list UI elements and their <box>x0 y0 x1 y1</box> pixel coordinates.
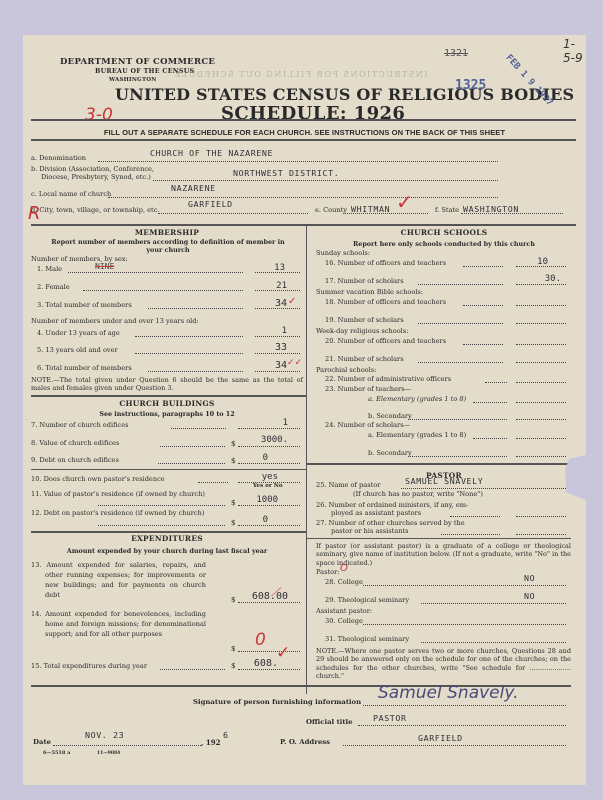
dollar-sign: $ <box>231 645 235 653</box>
q22-label: 22. Number of administrative officers <box>325 375 451 383</box>
local-name-value: NAZARENE <box>171 183 216 193</box>
total-expenditures-value: 608. <box>238 658 278 669</box>
buildings-heading: CHURCH BUILDINGS <box>31 399 303 408</box>
over-13-value: 33 <box>255 342 287 353</box>
dollar-sign: $ <box>231 457 235 465</box>
form-code-2: 11—9084 <box>97 751 120 756</box>
assistant-pastor-label: Assistant pastor: <box>316 607 372 615</box>
membership-heading: MEMBERSHIP <box>31 228 303 237</box>
dollar-sign: $ <box>231 662 235 670</box>
total-expenditures-label: 15. Total expenditures during year <box>31 662 147 670</box>
total-members-age-value: 34 <box>255 360 287 371</box>
bleed-through-text: INSTRUCTIONS FOR FILLING OUT SCHEDULE <box>173 70 427 79</box>
q25-hint: (If church has no pastor, write "None") <box>353 490 483 498</box>
edifices-value-value: 3000. <box>238 435 288 445</box>
q23-label: 23. Number of teachers— <box>325 385 411 393</box>
q19-label: 19. Number of scholars <box>325 316 404 324</box>
form-title: UNITED STATES CENSUS OF RELIGIOUS BODIES <box>115 85 574 104</box>
over-13-label: 5. 13 years old and over <box>37 346 118 354</box>
total-members-age-label: 6. Total number of members <box>37 364 132 372</box>
pastor-subsection-label: Pastor: <box>316 568 339 576</box>
po-address-value: GARFIELD <box>418 733 463 743</box>
owns-residence-value: yes <box>238 472 278 482</box>
q23b-label: b. Secondary <box>368 412 412 420</box>
q23a-label: a. Elementary (grades 1 to 8) <box>368 395 466 403</box>
q25-label: 25. Name of pastor <box>316 481 380 489</box>
state-value: WASHINGTON <box>463 204 519 214</box>
edifices-debt-label: 9. Debt on church edifices <box>31 456 119 464</box>
dollar-sign: $ <box>231 596 235 604</box>
po-address-label: P. O. Address <box>280 738 330 746</box>
local-name-label: c. Local name of church <box>31 190 111 198</box>
census-schedule-sheet: INSTRUCTIONS FOR FILLING OUT SCHEDULE DE… <box>23 35 586 785</box>
q24b-label: b. Secondary <box>368 449 412 457</box>
expenditures-subheading: Amount expended by your church during la… <box>31 547 303 555</box>
pastor-red-mark: O <box>340 563 348 574</box>
q17-label: 17. Number of scholars <box>325 277 404 285</box>
edifices-value-label: 8. Value of church edifices <box>31 439 119 447</box>
residence-debt-label: 12. Debt on pastor's residence (if owned… <box>31 509 226 518</box>
membership-subheading: Report number of members according to de… <box>43 238 293 255</box>
edifices-debt-value: 0 <box>238 453 268 463</box>
county-value: WHITMAN <box>351 204 390 214</box>
division-value: NORTHWEST DISTRICT. <box>233 168 339 178</box>
signature-label: Signature of person furnishing informati… <box>193 698 361 706</box>
state-label: f. State <box>435 206 459 214</box>
weekday-schools-label: Week-day religious schools: <box>316 327 408 335</box>
schools-heading: CHURCH SCHOOLS <box>313 228 575 237</box>
benevolences-value: 0 <box>255 630 266 650</box>
under-13-label: 4. Under 13 years of age <box>37 329 120 337</box>
sunday-schools-label: Sunday schools: <box>316 249 370 257</box>
running-expenses-value: 608.00 <box>238 591 288 602</box>
q30-label: 30. College <box>325 617 363 625</box>
edifices-count-value: 1 <box>238 418 288 428</box>
male-value: 13 <box>255 263 285 273</box>
parochial-schools-label: Parochial schools: <box>316 366 376 374</box>
q17-value: 30. <box>516 274 561 284</box>
q26-label-2: ployed as assistant pastors <box>331 509 421 517</box>
total-check-mark: ✓ <box>288 296 296 307</box>
city-town-value: GARFIELD <box>188 199 233 209</box>
owns-residence-label: 10. Does church own pastor's residence <box>31 475 165 483</box>
signature-value: Samuel Snavely. <box>378 683 519 703</box>
q24a-label: a. Elementary (grades 1 to 8) <box>368 431 466 439</box>
running-expenses-label: 13. Amount expended for salaries, repair… <box>31 560 206 600</box>
division-label-1: b. Division (Association, Conference, <box>31 165 154 173</box>
city-town-label: d. City, town, village, or township, etc… <box>31 206 159 214</box>
q26-label-1: 26. Number of ordained ministers, if any… <box>316 501 468 509</box>
membership-note: NOTE.—The total given under Question 6 s… <box>31 376 303 393</box>
q20-label: 20. Number of officers and teachers <box>325 337 446 345</box>
age-label: Number of members under and over 13 year… <box>31 317 199 325</box>
q18-label: 18. Number of officers and teachers <box>325 298 446 306</box>
q16-value: 10 <box>516 257 548 267</box>
female-value: 21 <box>255 281 287 291</box>
received-number-stamp: 1325 <box>455 78 486 93</box>
q24-label: 24. Number of scholars— <box>325 421 410 429</box>
q28-label: 28. College <box>325 578 363 586</box>
department-label: DEPARTMENT OF COMMERCE <box>60 57 215 67</box>
pastor-name-value: SAMUEL SNAVELY <box>405 476 483 486</box>
date-value: NOV. 23 <box>85 730 124 740</box>
dollar-sign: $ <box>231 440 235 448</box>
benevolences-label: 14. Amount expended for benevolences, in… <box>31 609 206 639</box>
pastor-note: NOTE.—Where one pastor serves two or mor… <box>316 647 571 680</box>
male-label: 1. Male <box>37 265 62 273</box>
struck-number: 1321 <box>444 48 468 59</box>
denomination-label: a. Denomination <box>31 154 86 162</box>
q27-label-2: pastor or his assistants <box>331 527 409 535</box>
form-code-1: 6—5518 a <box>43 750 70 756</box>
male-struck-value: NINE <box>95 262 114 271</box>
q16-label: 16. Number of officers and teachers <box>325 259 446 267</box>
year-prefix: , 192 <box>201 738 221 747</box>
city-label: WASHINGTON <box>109 77 156 83</box>
summer-schools-label: Summer vacation Bible schools: <box>316 288 423 296</box>
female-label: 2. Female <box>37 283 70 291</box>
red-strike-mark: ⟋ <box>271 585 279 600</box>
bureau-label: BUREAU OF THE CENSUS <box>95 68 194 75</box>
official-title-value: PASTOR <box>373 713 407 723</box>
denomination-value: CHURCH OF THE NAZARENE <box>150 148 273 158</box>
edifices-count-label: 7. Number of church edifices <box>31 421 129 429</box>
county-check-mark: ✓ <box>396 190 413 214</box>
q21-label: 21. Number of scholars <box>325 355 404 363</box>
red-code-annotation: 3-0 <box>85 105 113 125</box>
instructions-banner: FILL OUT A SEPARATE SCHEDULE FOR EACH CH… <box>23 128 586 137</box>
residence-value-label: 11. Value of pastor's residence (if owne… <box>31 490 226 499</box>
yes-no-hint: Yes or No <box>253 483 283 489</box>
residence-value-value: 1000 <box>238 495 278 505</box>
schools-subheading: Report here only schools conducted by th… <box>313 240 575 248</box>
dollar-sign: $ <box>231 499 235 507</box>
pencil-code: 1-5-9 <box>563 37 586 65</box>
total-members-value: 34 <box>255 298 287 309</box>
college-value: NO <box>524 573 535 583</box>
q29-label: 29. Theological seminary <box>325 596 409 604</box>
seminary-value: NO <box>524 591 535 601</box>
graduate-instructions: If pastor (or assistant pastor) is a gra… <box>316 542 571 567</box>
double-check-mark: ✓✓ <box>287 358 302 368</box>
total-members-label: 3. Total number of members <box>37 301 132 309</box>
year-suffix: 6 <box>223 730 229 740</box>
under-13-value: 1 <box>255 326 287 336</box>
official-title-label: Official title <box>306 718 353 726</box>
dollar-sign: $ <box>231 519 235 527</box>
total-check-mark: ✓ <box>276 643 290 663</box>
residence-debt-value: 0 <box>238 515 268 525</box>
expenditures-heading: EXPENDITURES <box>31 534 303 543</box>
q31-label: 31. Theological seminary <box>325 635 409 643</box>
column-divider <box>306 224 307 694</box>
division-label-2: Diocese, Presbytery, Synod, etc.) <box>41 173 151 181</box>
q27-label-1: 27. Number of other churches served by t… <box>316 519 465 527</box>
date-label: Date <box>33 738 51 746</box>
